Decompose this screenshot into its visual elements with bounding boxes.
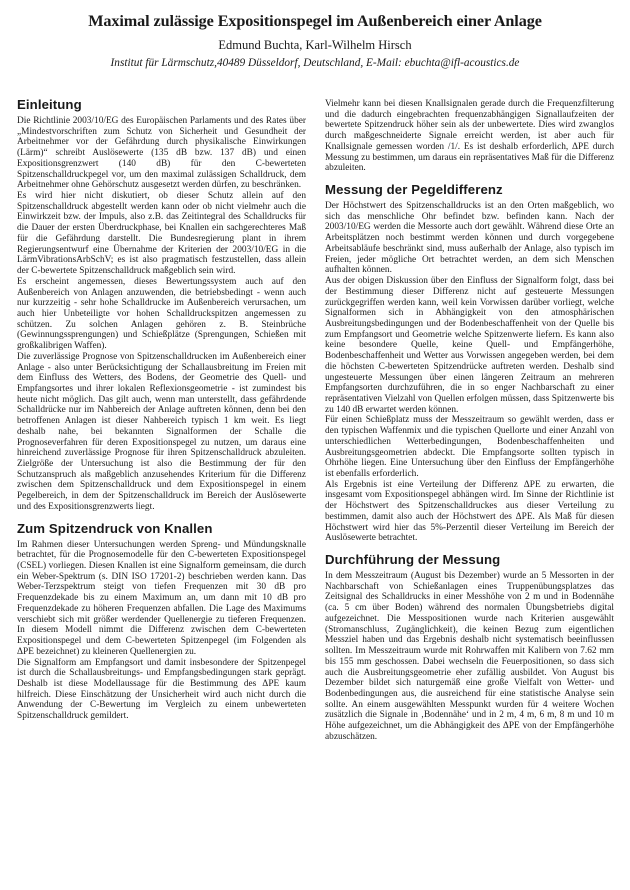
paragraph: Die zuverlässige Prognose von Spitzensch… bbox=[17, 352, 306, 513]
paragraph: Es wird hier nicht diskutiert, ob dieser… bbox=[17, 191, 306, 277]
paragraph: Als Ergebnis ist eine Verteilung der Dif… bbox=[325, 480, 614, 544]
left-column: Einleitung Die Richtlinie 2003/10/EG des… bbox=[17, 97, 306, 722]
section-heading-spitzendruck: Zum Spitzendruck von Knallen bbox=[17, 521, 306, 537]
paper-authors: Edmund Buchta, Karl-Wilhelm Hirsch bbox=[0, 38, 630, 53]
paragraph: Es erscheint angemessen, dieses Bewertun… bbox=[17, 277, 306, 352]
paper-title: Maximal zulässige Expositionspegel im Au… bbox=[0, 12, 630, 31]
paragraph: Der Höchstwert des Spitzenschalldrucks i… bbox=[325, 201, 614, 276]
right-column: Vielmehr kann bei diesen Knallsignalen g… bbox=[325, 99, 614, 743]
paragraph: In dem Messzeitraum (August bis Dezember… bbox=[325, 571, 614, 743]
paragraph: Aus der obigen Diskussion über den Einfl… bbox=[325, 276, 614, 415]
paragraph: Im Rahmen dieser Untersuchungen werden S… bbox=[17, 540, 306, 658]
paragraph: Für einen Schießplatz muss der Messzeitr… bbox=[325, 415, 614, 479]
paragraph: Die Richtlinie 2003/10/EG des Europäisch… bbox=[17, 116, 306, 191]
section-heading-durchfuehrung: Durchführung der Messung bbox=[325, 552, 614, 568]
section-heading-einleitung: Einleitung bbox=[17, 97, 306, 113]
paper-affiliation: Institut für Lärmschutz,40489 Düsseldorf… bbox=[0, 57, 630, 69]
section-heading-messung-pegeldifferenz: Messung der Pegeldifferenz bbox=[325, 182, 614, 198]
paragraph: Vielmehr kann bei diesen Knallsignalen g… bbox=[325, 99, 614, 174]
paragraph: Die Signalform am Empfangsort und damit … bbox=[17, 658, 306, 722]
